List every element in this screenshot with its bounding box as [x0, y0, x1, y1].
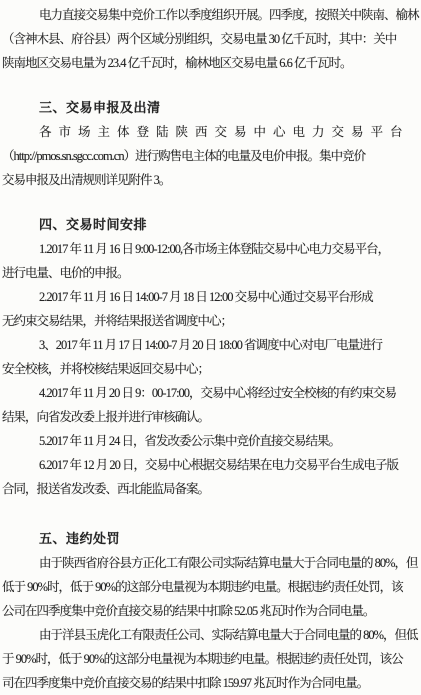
text-line: 各市场主体登陆陕西交易中心电力交易平台	[0, 120, 421, 144]
text-line: 电力直接交易集中竞价工作以季度组织开展。四季度，按照关中陕南、榆林	[0, 3, 421, 27]
schedule-item-2-line: 无约束交易结果，并将结果报送省调度中心；	[0, 309, 421, 333]
schedule-item-4-line: 4.2017 年 11 月 20 日 9：00-17:00，交易中心将经过安全校…	[0, 381, 421, 405]
penalty-fangzheng-line: 公司在四季度集中竞价直接交易的结果中扣除 52.05 兆瓦时作为合同电量。	[0, 599, 421, 623]
heading-breach-penalty: 五、违约处罚	[0, 527, 421, 551]
text-line: （含神木县、府谷县）两个区域分别组织，交易电量 30 亿千瓦时，其中：关中	[0, 27, 421, 51]
schedule-item-6-line: 合同，报送省发改委、西北能监局备案。	[0, 477, 421, 501]
penalty-fangzheng-line: 由于陕西省府谷县方正化工有限公司实际结算电量大于合同电量的 80%，但	[0, 551, 421, 575]
text-line: 陕南地区交易电量为 23.4 亿千瓦时，榆林地区交易电量 6.6 亿千瓦时。	[0, 51, 421, 75]
text-line: 交易申报及出清规则详见附件 3。	[0, 168, 421, 192]
penalty-yuhu-line: 司在四季度集中竞价直接交易的结果中扣除 159.97 兆瓦时作为合同电量。	[0, 671, 421, 695]
schedule-item-6-line: 6.2017 年 12 月 20 日，交易中心根据交易结果在电力交易平台生成电子…	[0, 453, 421, 477]
penalty-yuhu-line: 于 90%时，低于 90%的这部分电量视为本期违约电量。根据违约责任处罚，该公	[0, 647, 421, 671]
text-line-platform-url: （http://pmos.sn.sgcc.com.cn）进行购售电主体的电量及电…	[0, 144, 421, 168]
heading-trade-declaration-clearing: 三、交易申报及出清	[0, 96, 421, 120]
document-page: 电力直接交易集中竞价工作以季度组织开展。四季度，按照关中陕南、榆林 （含神木县、…	[0, 0, 421, 695]
schedule-item-1-line: 1.2017 年 11 月 16 日 9:00-12:00,各市场主体登陆交易中…	[0, 237, 421, 261]
heading-trade-schedule: 四、交易时间安排	[0, 213, 421, 237]
penalty-yuhu-line: 由于洋县玉虎化工有限责任公司、实际结算电量大于合同电量的 80%，但低	[0, 623, 421, 647]
schedule-item-3-line: 安全校核，并将校核结果返回交易中心；	[0, 357, 421, 381]
schedule-item-2-line: 2.2017 年 11 月 16 日 14:00-7 月 18 日 12:00 …	[0, 285, 421, 309]
schedule-item-4-line: 结果，向省发改委上报并进行审核确认。	[0, 405, 421, 429]
schedule-item-5-line: 5.2017 年 11 月 24 日，省发改委公示集中竞价直接交易结果。	[0, 429, 421, 453]
schedule-item-1-line: 进行电量、电价的申报。	[0, 261, 421, 285]
schedule-item-3-line: 3、2017 年 11 月 17 日 14:00-7 月 20 日 18:00 …	[0, 333, 421, 357]
penalty-fangzheng-line: 低于 90%时，低于 90%的这部分电量视为本期违约电量。根据违约责任处罚，该	[0, 575, 421, 599]
